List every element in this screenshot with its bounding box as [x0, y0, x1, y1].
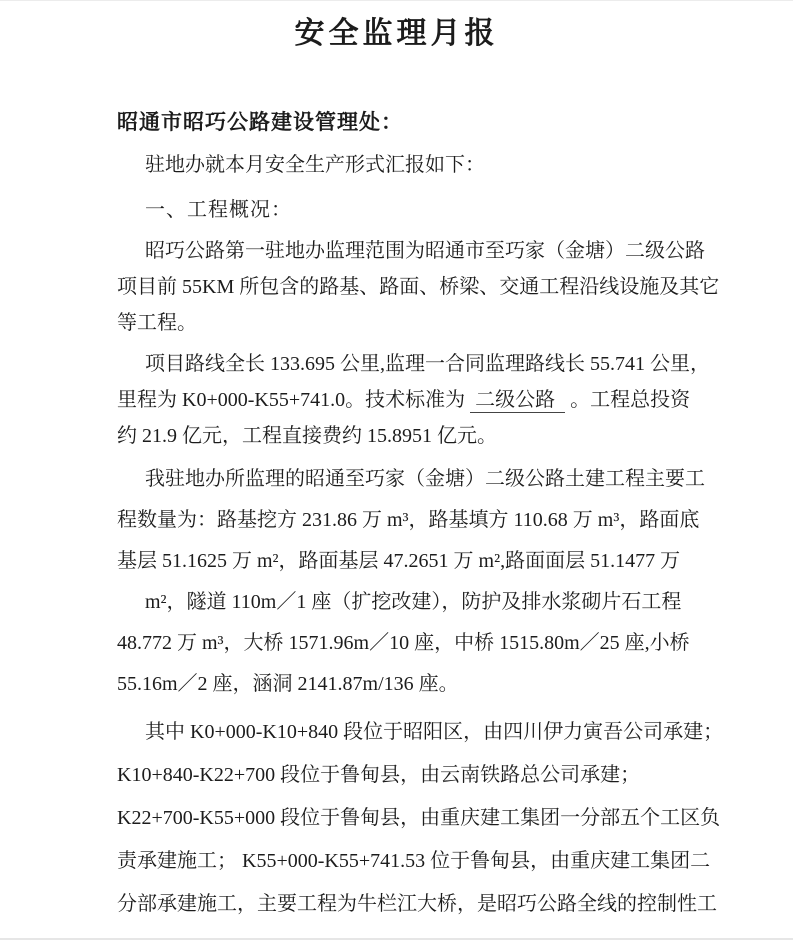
- paragraph-quantities: 我驻地办所监理的昭通至巧家（金塘）二级公路土建工程主要工 程数量为：路基挖方 2…: [117, 459, 683, 705]
- intro-line: 驻地办就本月安全生产形式汇报如下：: [145, 151, 793, 179]
- paragraph-line: 昭巧公路第一驻地办监理范围为昭通市至巧家（金塘）二级公路: [117, 233, 683, 269]
- line-segment: 。工程总投资: [565, 389, 690, 411]
- paragraph-line: 基层 51.1625 万 m²，路面基层 47.2651 万 m²,路面面层 5…: [117, 541, 683, 582]
- paragraph-line: 项目路线全长 133.695 公里,监理一合同监理路线长 55.741 公里，: [117, 346, 683, 382]
- paragraph-line: 其中 K0+000-K10+840 段位于昭阳区，由四川伊力寅吾公司承建；: [117, 711, 683, 754]
- paragraph-line: 分部承建施工，主要工程为牛栏江大桥，是昭巧公路全线的控制性工: [117, 883, 683, 926]
- paragraph-line: m²，隧道 110m／1 座（扩挖改建），防护及排水浆砌片石工程: [117, 582, 683, 623]
- paragraph-line: 责承建施工； K55+000-K55+741.53 位于鲁甸县，由重庆建工集团二: [117, 840, 683, 883]
- tech-standard-underlined-value: 二级公路: [470, 388, 565, 413]
- paragraph-contractors: 其中 K0+000-K10+840 段位于昭阳区，由四川伊力寅吾公司承建； K1…: [117, 711, 683, 926]
- paragraph-overview: 昭巧公路第一驻地办监理范围为昭通市至巧家（金塘）二级公路 项目前 55KM 所包…: [117, 233, 683, 341]
- paragraph-line: 项目前 55KM 所包含的路基、路面、桥梁、交通工程沿线设施及其它: [117, 269, 683, 305]
- paragraph-line: 程数量为：路基挖方 231.86 万 m³，路基填方 110.68 万 m³，路…: [117, 500, 683, 541]
- document-page: { "colors": { "text": "#1c1c1c", "backgr…: [0, 0, 793, 940]
- paragraph-line: 里程为 K0+000-K55+741.0。技术标准为 二级公路 。工程总投资: [117, 382, 683, 418]
- recipient-heading: 昭通市昭巧公路建设管理处：: [117, 109, 793, 135]
- paragraph-route-length: 项目路线全长 133.695 公里,监理一合同监理路线长 55.741 公里， …: [117, 346, 683, 454]
- paragraph-line: 55.16m／2 座，涵洞 2141.87m/136 座。: [117, 664, 683, 705]
- document-title: 安全监理月报: [0, 15, 793, 53]
- paragraph-line: 48.772 万 m³，大桥 1571.96m／10 座，中桥 1515.80m…: [117, 623, 683, 664]
- paragraph-line: K10+840-K22+700 段位于鲁甸县，由云南铁路总公司承建；: [117, 754, 683, 797]
- section-heading: 一、工程概况：: [145, 196, 793, 224]
- paragraph-line: 约 21.9 亿元，工程直接费约 15.8951 亿元。: [117, 418, 683, 454]
- paragraph-line: K22+700-K55+000 段位于鲁甸县，由重庆建工集团一分部五个工区负: [117, 797, 683, 840]
- line-segment: 里程为 K0+000-K55+741.0。技术标准为: [117, 389, 470, 411]
- paragraph-line: 我驻地办所监理的昭通至巧家（金塘）二级公路土建工程主要工: [117, 459, 683, 500]
- paragraph-line: 等工程。: [117, 305, 683, 341]
